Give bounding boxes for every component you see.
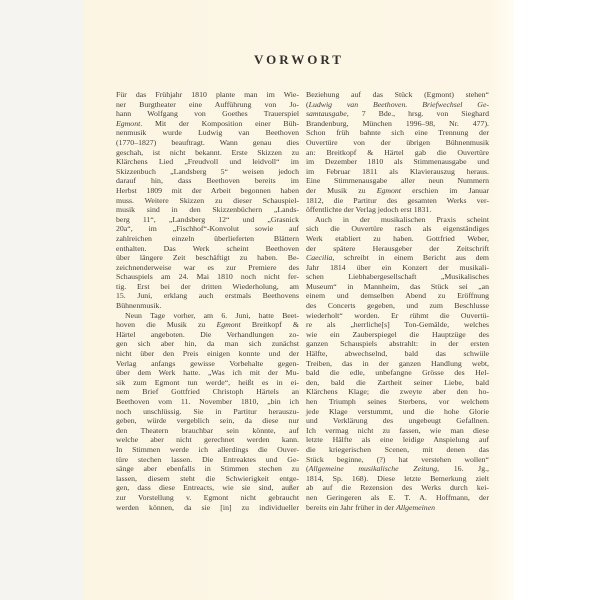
page-title: VORWORT	[84, 52, 514, 68]
text-line: jede Klage verstummt, und die hohe Glori…	[306, 407, 489, 417]
text-line: Treiben, das in der ganzen Handlung webt…	[306, 359, 489, 369]
text-line: hoven die Musik zu Egmont Breitkopf &	[116, 320, 299, 330]
text-line: welche aber nicht gerechnet werden kann.	[116, 435, 299, 445]
text-line: Werk etabliert zu haben. Gottfried Weber…	[306, 234, 489, 244]
text-line: (Allgemeine musikalische Zeitung, 16. Jg…	[306, 464, 489, 474]
text-line: lassen, diesem steht die Schwierigkeit e…	[116, 474, 299, 484]
text-line: nen Geringeren als E. T. A. Hoffmann, de…	[306, 493, 489, 503]
text-line: Jahr 1814 über ein Konzert der musikali-	[306, 263, 489, 273]
text-line: Für das Frühjahr 1810 plante man im Wie-	[116, 90, 299, 100]
text-line: des Concerts gegeben, und zum Beschlusse	[306, 301, 489, 311]
text-column-left: Für das Frühjahr 1810 plante man im Wie-…	[116, 90, 299, 512]
text-line: über dem Werk hatte. „Was ich mit der Mu…	[116, 368, 299, 378]
text-line: Egmont. Mit der Komposition einer Büh-	[116, 119, 299, 129]
text-line: berg 11“, „Landsberg 12“ und „Grasnick	[116, 215, 299, 225]
text-line: bald die edle, unbefangne Grösse des Hel…	[306, 368, 489, 378]
text-line: zahlreichen einzeln überlieferten Blätte…	[116, 234, 299, 244]
text-line: samtausgabe, 7 Bde., hrsg. von Sieghard	[306, 109, 489, 119]
text-line: zur Vorstellung v. Egmont nicht gebrauch…	[116, 493, 299, 503]
text-line: gen, dass diese Entreacts, wie sie sind,…	[116, 483, 299, 493]
text-line: bereits ein Jahr früher in der Allgemein…	[306, 503, 489, 513]
text-line: muss. Weitere Skizzen zu dieser Schauspi…	[116, 196, 299, 206]
text-line: letzte Hälfte als eine leidige Anspielun…	[306, 435, 489, 445]
text-line: darauf hin, dass Beethoven bereits im	[116, 176, 299, 186]
text-line: ab auf die Rezension des Werks durch kei…	[306, 483, 489, 493]
text-line: hann Wolfgang von Goethes Trauerspiel	[116, 109, 299, 119]
text-line: hen Triumph seines Sterbens, vor welchem	[306, 397, 489, 407]
text-line: Bühnenmusik.	[116, 301, 299, 311]
text-line: Brandenburg, München 1996–98, Nr. 477).	[306, 119, 489, 129]
text-line: Schon früh bahnte sich eine Trennung der	[306, 128, 489, 138]
text-line: Härtel angeboten. Die Verhandlungen zo-	[116, 330, 299, 340]
text-line: 15. Juni, erklang auch erstmals Beethove…	[116, 291, 299, 301]
text-line: 1812, die Partitur des gesamten Werks ve…	[306, 196, 489, 206]
text-line: In Stimmen werde ich allerdings die Ouve…	[116, 445, 299, 455]
text-line: sänge aber ebenfalls in Stimmen stechen …	[116, 464, 299, 474]
text-line: sich die Ouvertüre rasch als eigenständi…	[306, 224, 489, 234]
text-line: Ich vermag nicht zu fassen, wie man dies…	[306, 426, 489, 436]
text-line: Klärchens Lied „Freudvoll und leidvoll“ …	[116, 157, 299, 167]
text-line: tig. Erst bei der dritten Wiederholung, …	[116, 282, 299, 292]
text-line: Museum“ in Mannheim, das Stück sei „an	[306, 282, 489, 292]
text-line: Neun Tage vorher, am 6. Juni, hatte Beet…	[116, 311, 299, 321]
text-line: den Theatern brauchbar sein könnte, auf	[116, 426, 299, 436]
text-line: öffentlichte der Verlag jedoch erst 1831…	[306, 205, 489, 215]
text-line: zeichnenderweise war es zur Premiere des	[116, 263, 299, 273]
scan-left-margin	[0, 0, 84, 600]
text-line: sik zum Egmont tun werde“, heißt es in e…	[116, 378, 299, 388]
text-line: 1814, Sp. 168). Diese letzte Bemerkung z…	[306, 474, 489, 484]
text-line: musik sind in den Skizzenbüchern „Lands-	[116, 205, 299, 215]
text-line: (1770–1827) beauftragt. Wann genau dies	[116, 138, 299, 148]
text-line: Beethoven vom 11. November 1810, „bin ic…	[116, 397, 299, 407]
text-line: ner Burgtheater eine Aufführung von Jo-	[116, 100, 299, 110]
text-column-right: Beziehung auf das Stück (Egmont) stehen“…	[306, 90, 489, 512]
text-line: Schauspiels am 24. Mai 1810 noch nicht f…	[116, 272, 299, 282]
text-line: die kriegerischen Scenen, mit denen das	[306, 445, 489, 455]
text-line: gen sich aber hin, da man sich zunächst	[116, 339, 299, 349]
text-line: Caecilia, schreibt in einem Bericht aus …	[306, 253, 489, 263]
text-line: Herbst 1809 mit der Arbeit begonnen habe…	[116, 186, 299, 196]
text-line: Beziehung auf das Stück (Egmont) stehen“	[306, 90, 489, 100]
book-page: VORWORT Für das Frühjahr 1810 plante man…	[84, 0, 514, 600]
text-line: Verlag anfangs gewisse Vorbehalte gegen-	[116, 359, 299, 369]
text-line: nenmusik wurde Ludwig van Beethoven	[116, 128, 299, 138]
text-line: über längere Zeit beschäftigt zu haben. …	[116, 253, 299, 263]
text-line: im Dezember 1810 als Stimmenausgabe und	[306, 157, 489, 167]
text-line: wiederholt“ worden. Er rühmt die Ouvertü…	[306, 311, 489, 321]
text-line: wie ein Zauberspiegel die Hauptzüge des	[306, 330, 489, 340]
text-line: an: Breitkopf & Härtel gab die Ouvertüre	[306, 148, 489, 158]
text-line: 20a“, im „Fischhof“-Konvolut sowie auf	[116, 224, 299, 234]
text-line: ganzen Schauspiels abstrahlt: in der ers…	[306, 339, 489, 349]
text-line: noch unschlüssig. Sie in Partitur heraus…	[116, 407, 299, 417]
text-line: werden können, da sie [in] zu individuel…	[116, 503, 299, 513]
text-line: geschah, ist nicht bekannt. Erste Skizze…	[116, 148, 299, 158]
text-line: Eine Stimmenausgabe aller neun Nummern	[306, 176, 489, 186]
text-line: schen Liebhabergesellschaft „Musikalisch…	[306, 272, 489, 282]
text-line: (Ludwig van Beethoven. Briefwechsel Ge-	[306, 100, 489, 110]
text-line: einem und demselben Abend zu Eröffnung	[306, 291, 489, 301]
text-line: der spätere Herausgeber der Zeitschrift	[306, 244, 489, 254]
text-line: den, bald die Zartheit seiner Liebe, bal…	[306, 378, 489, 388]
text-line: Stück beginne, (?) hat verstehen wollen“	[306, 455, 489, 465]
text-line: Auch in der musikalischen Praxis scheint	[306, 215, 489, 225]
text-line: Ouvertüre von der übrigen Bühnenmusik	[306, 138, 489, 148]
text-line: nem Brief Gottfried Christoph Härtels an	[116, 387, 299, 397]
text-line: re als „herrliche[s] Ton-Gemälde, welche…	[306, 320, 489, 330]
text-line: der Musik zu Egmont erschien im Januar	[306, 186, 489, 196]
text-line: Klärchens Klage; die zweyte aber den ho-	[306, 387, 489, 397]
text-line: im Februar 1811 als Klavierauszug heraus…	[306, 167, 489, 177]
text-line: Hälfte, abwechselnd, bald das schwüle	[306, 349, 489, 359]
text-line: geben, würde vergeblich sein, da diese n…	[116, 416, 299, 426]
text-line: nicht über den Preis einigen konnte und …	[116, 349, 299, 359]
text-line: und Verklärung des ungebeugt Gefallnen.	[306, 416, 489, 426]
text-line: Skizzenbuch „Landsberg 5“ weisen jedoch	[116, 167, 299, 177]
text-line: enthalten. Das Werk scheint Beethoven	[116, 244, 299, 254]
scanned-book-page: VORWORT Für das Frühjahr 1810 plante man…	[0, 0, 600, 600]
text-line: türe stechen lassen. Die Entreaktes und …	[116, 455, 299, 465]
